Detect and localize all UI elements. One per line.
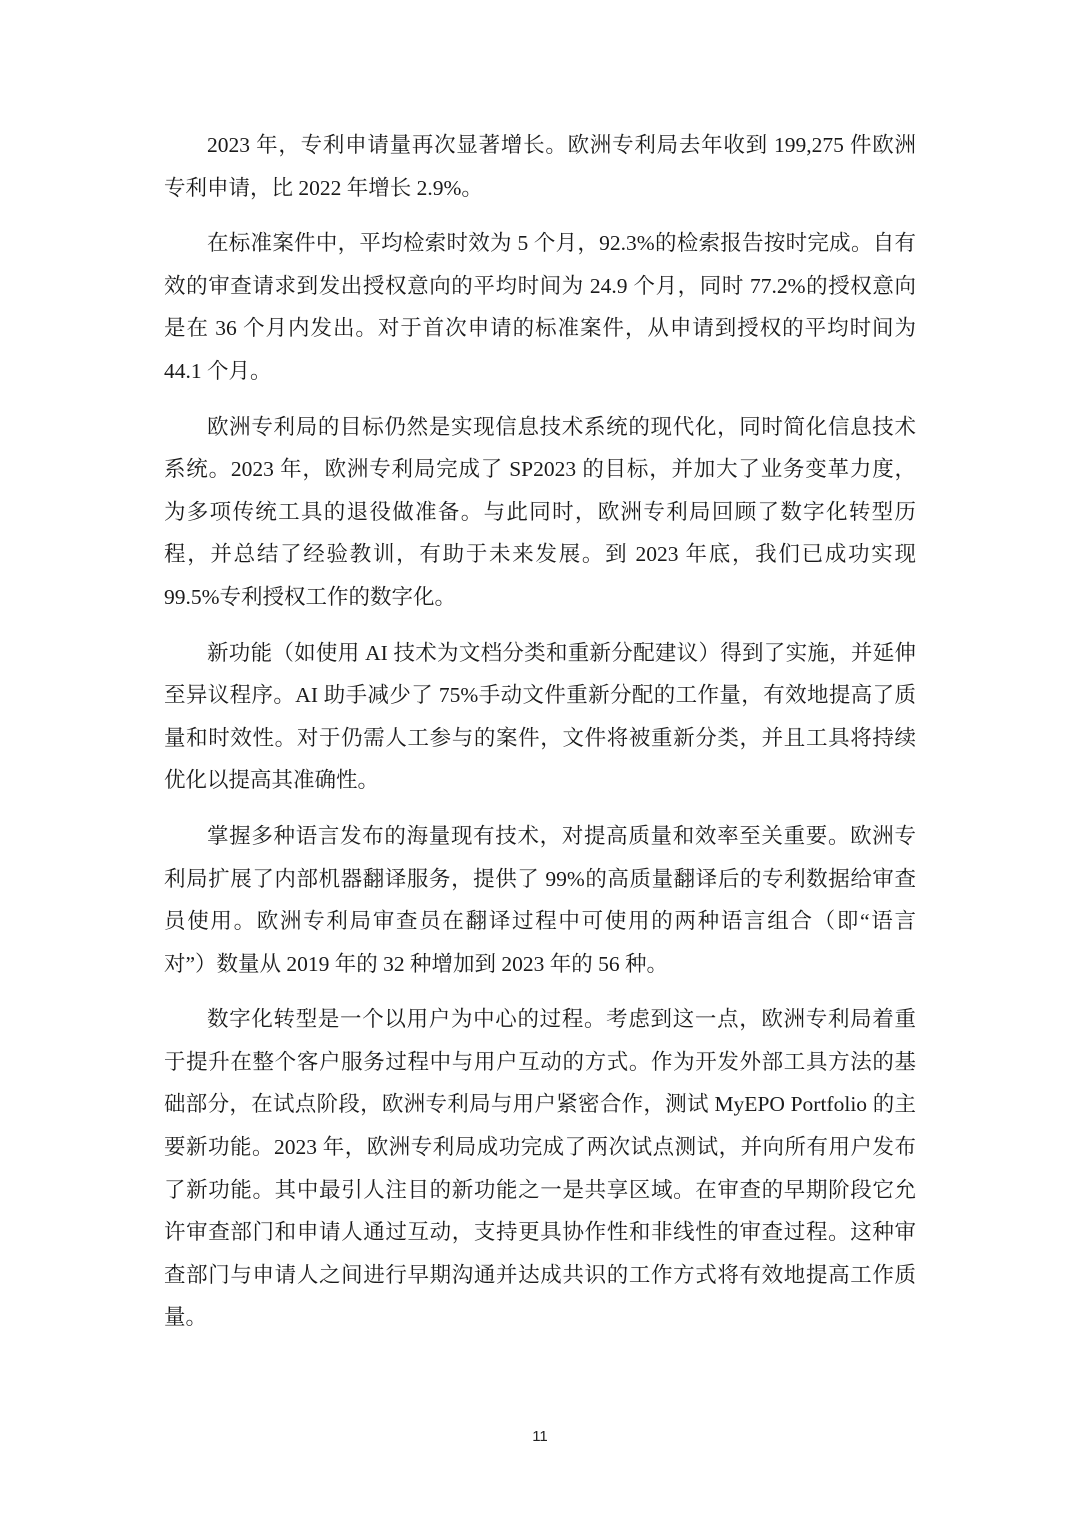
text-line: 利局扩展了内部机器翻译服务，提供了 99%的高质量翻译后的专利数据给审查 xyxy=(164,858,916,901)
document-body: 2023 年，专利申请量再次显著增长。欧洲专利局去年收到 199,275 件欧洲… xyxy=(164,124,916,1352)
text-line: 程，并总结了经验教训，有助于未来发展。到 2023 年底，我们已成功实现 xyxy=(164,533,916,576)
paragraph-patent-applications: 2023 年，专利申请量再次显著增长。欧洲专利局去年收到 199,275 件欧洲… xyxy=(164,124,916,209)
text-line: 员使用。欧洲专利局审查员在翻译过程中可使用的两种语言组合（即“语言 xyxy=(164,900,916,943)
text-line: 量和时效性。对于仍需人工参与的案件，文件将被重新分类，并且工具将持续 xyxy=(164,717,916,760)
text-line: 许审查部门和申请人通过互动，支持更具协作性和非线性的审查过程。这种审 xyxy=(164,1211,916,1254)
text-line: 是在 36 个月内发出。对于首次申请的标准案件，从申请到授权的平均时间为 xyxy=(164,307,916,350)
text-line: 掌握多种语言发布的海量现有技术，对提高质量和效率至关重要。欧洲专 xyxy=(164,815,916,858)
text-line: 础部分，在试点阶段，欧洲专利局与用户紧密合作，测试 MyEPO Portfoli… xyxy=(164,1083,916,1126)
page-number: 11 xyxy=(0,1428,1080,1445)
text-line: 查部门与申请人之间进行早期沟通并达成共识的工作方式将有效地提高工作质 xyxy=(164,1254,916,1297)
paragraph-it-modernisation: 欧洲专利局的目标仍然是实现信息技术系统的现代化，同时简化信息技术 系统。2023… xyxy=(164,406,916,619)
text-line: 效的审查请求到发出授权意向的平均时间为 24.9 个月，同时 77.2%的授权意… xyxy=(164,265,916,308)
paragraph-ai-features: 新功能（如使用 AI 技术为文档分类和重新分配建议）得到了实施，并延伸 至异议程… xyxy=(164,632,916,802)
text-line: 专利申请，比 2022 年增长 2.9%。 xyxy=(164,167,916,210)
text-line: 要新功能。2023 年，欧洲专利局成功完成了两次试点测试，并向所有用户发布 xyxy=(164,1126,916,1169)
text-line: 新功能（如使用 AI 技术为文档分类和重新分配建议）得到了实施，并延伸 xyxy=(164,632,916,675)
text-line: 于提升在整个客户服务过程中与用户互动的方式。作为开发外部工具方法的基 xyxy=(164,1041,916,1084)
text-line: 44.1 个月。 xyxy=(164,350,916,393)
text-line: 优化以提高其准确性。 xyxy=(164,759,916,802)
text-line: 了新功能。其中最引人注目的新功能之一是共享区域。在审查的早期阶段它允 xyxy=(164,1169,916,1212)
text-line: 数字化转型是一个以用户为中心的过程。考虑到这一点，欧洲专利局着重 xyxy=(164,998,916,1041)
text-line: 在标准案件中，平均检索时效为 5 个月，92.3%的检索报告按时完成。自有 xyxy=(164,222,916,265)
text-line: 欧洲专利局的目标仍然是实现信息技术系统的现代化，同时简化信息技术 xyxy=(164,406,916,449)
text-line: 为多项传统工具的退役做准备。与此同时，欧洲专利局回顾了数字化转型历 xyxy=(164,491,916,534)
text-line: 系统。2023 年，欧洲专利局完成了 SP2023 的目标，并加大了业务变革力度… xyxy=(164,448,916,491)
paragraph-user-centric-transformation: 数字化转型是一个以用户为中心的过程。考虑到这一点，欧洲专利局着重 于提升在整个客… xyxy=(164,998,916,1339)
text-line: 对”）数量从 2019 年的 32 种增加到 2023 年的 56 种。 xyxy=(164,943,916,986)
text-line: 量。 xyxy=(164,1296,916,1339)
text-line: 2023 年，专利申请量再次显著增长。欧洲专利局去年收到 199,275 件欧洲 xyxy=(164,124,916,167)
paragraph-machine-translation: 掌握多种语言发布的海量现有技术，对提高质量和效率至关重要。欧洲专 利局扩展了内部… xyxy=(164,815,916,985)
text-line: 至异议程序。AI 助手减少了 75%手动文件重新分配的工作量，有效地提高了质 xyxy=(164,674,916,717)
paragraph-search-timeliness: 在标准案件中，平均检索时效为 5 个月，92.3%的检索报告按时完成。自有 效的… xyxy=(164,222,916,392)
text-line: 99.5%专利授权工作的数字化。 xyxy=(164,576,916,619)
